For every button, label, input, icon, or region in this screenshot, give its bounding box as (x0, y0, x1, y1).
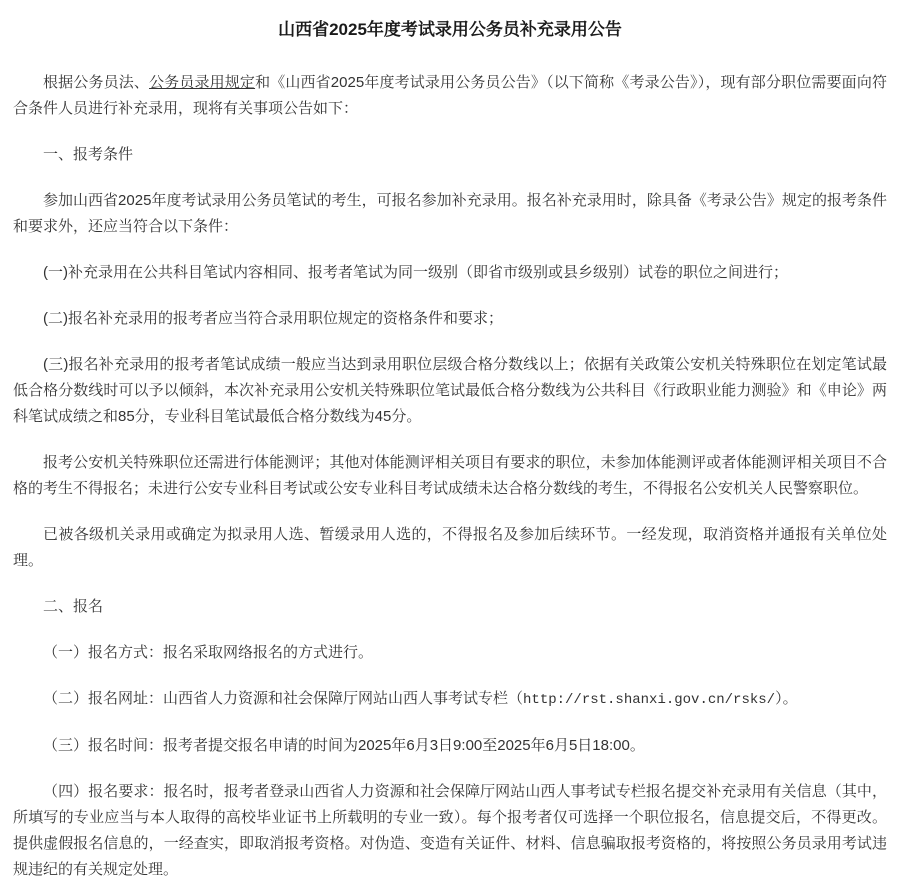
registration-time-item: （三）报名时间：报考者提交报名申请的时间为2025年6月3日9:00至2025年… (13, 733, 887, 759)
registration-website-text: （二）报名网址：山西省人力资源和社会保障厅网站山西人事考试专栏（ (43, 690, 523, 707)
section-1-heading: 一、报考条件 (13, 142, 887, 168)
intro-paragraph: 根据公务员法、公务员录用规定和《山西省2025年度考试录用公务员公告》（以下简称… (13, 70, 887, 122)
registration-website-item: （二）报名网址：山西省人力资源和社会保障厅网站山西人事考试专栏（http://r… (13, 686, 887, 713)
intro-text-before-link: 根据公务员法、 (43, 74, 149, 91)
recruitment-regulation-link[interactable]: 公务员录用规定 (149, 74, 255, 91)
physical-evaluation-paragraph: 报考公安机关特殊职位还需进行体能测评；其他对体能测评相关项目有要求的职位，未参加… (13, 450, 887, 502)
document-title: 山西省2025年度考试录用公务员补充录用公告 (13, 18, 887, 42)
registration-url: http://rst.shanxi.gov.cn/rsks/ (523, 692, 775, 708)
condition-item-1: (一)补充录用在公共科目笔试内容相同、报考者笔试为同一级别（即省市级别或县乡级别… (13, 260, 887, 286)
condition-item-3: (三)报名补充录用的报考者笔试成绩一般应当达到录用职位层级合格分数线以上；依据有… (13, 352, 887, 430)
section-1-intro-paragraph: 参加山西省2025年度考试录用公务员笔试的考生，可报名参加补充录用。报名补充录用… (13, 188, 887, 240)
condition-item-2: (二)报名补充录用的报考者应当符合录用职位规定的资格条件和要求； (13, 306, 887, 332)
registration-requirements-item: （四）报名要求：报名时，报考者登录山西省人力资源和社会保障厅网站山西人事考试专栏… (13, 779, 887, 883)
registration-method-item: （一）报名方式：报名采取网络报名的方式进行。 (13, 640, 887, 666)
announcement-document: 山西省2025年度考试录用公务员补充录用公告 根据公务员法、公务员录用规定和《山… (0, 0, 900, 891)
already-hired-restriction-paragraph: 已被各级机关录用或确定为拟录用人选、暂缓录用人选的，不得报名及参加后续环节。一经… (13, 522, 887, 574)
section-2-heading: 二、报名 (13, 594, 887, 620)
registration-website-suffix: ）。 (775, 690, 798, 707)
